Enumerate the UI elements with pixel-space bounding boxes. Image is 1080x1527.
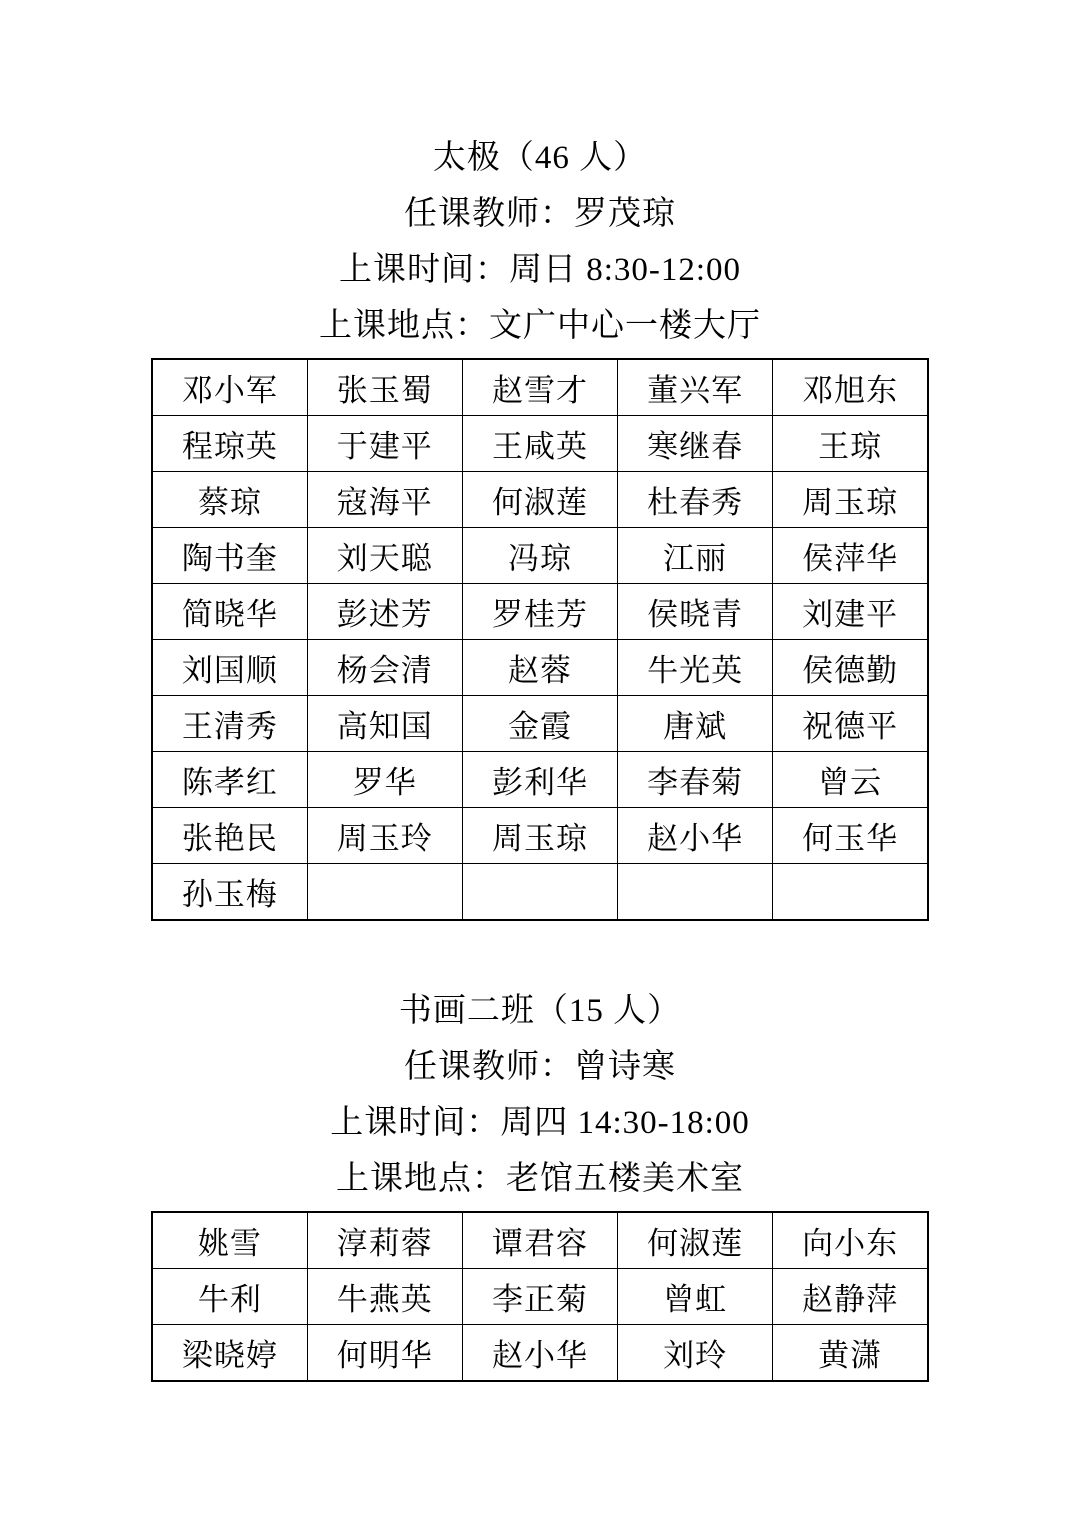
- roster-cell: 何玉华: [773, 808, 928, 864]
- roster-cell: 赵小华: [462, 1325, 617, 1382]
- table-row: 孙玉梅: [152, 864, 928, 921]
- section-title: 太极（46 人）: [0, 130, 1080, 186]
- roster-cell: 何淑莲: [462, 472, 617, 528]
- roster-cell: 何淑莲: [618, 1212, 773, 1269]
- roster-cell: 刘天聪: [307, 528, 462, 584]
- roster-cell: 罗华: [307, 752, 462, 808]
- roster-cell: 杜春秀: [618, 472, 773, 528]
- roster-cell: 彭利华: [462, 752, 617, 808]
- roster-cell: 侯晓青: [618, 584, 773, 640]
- roster-cell: [307, 864, 462, 921]
- roster-cell: 邓旭东: [773, 359, 928, 416]
- roster-cell: 何明华: [307, 1325, 462, 1382]
- roster-cell: 姚雪: [152, 1212, 307, 1269]
- roster-cell: 祝德平: [773, 696, 928, 752]
- roster-cell: 向小东: [773, 1212, 928, 1269]
- section-location: 上课地点：老馆五楼美术室: [0, 1151, 1080, 1207]
- roster-cell: 程琼英: [152, 416, 307, 472]
- roster-cell: [618, 864, 773, 921]
- section-teacher: 任课教师：罗茂琼: [0, 186, 1080, 242]
- roster-table-taiji: 邓小军张玉蜀赵雪才董兴军邓旭东程琼英于建平王咸英寒继春王琼蔡琼寇海平何淑莲杜春秀…: [151, 358, 929, 921]
- table-row: 王清秀高知国金霞唐斌祝德平: [152, 696, 928, 752]
- roster-cell: 寇海平: [307, 472, 462, 528]
- roster-cell: 邓小军: [152, 359, 307, 416]
- roster-cell: 周玉琼: [773, 472, 928, 528]
- roster-cell: 黄潇: [773, 1325, 928, 1382]
- roster-cell: 牛光英: [618, 640, 773, 696]
- roster-cell: 侯德勤: [773, 640, 928, 696]
- roster-cell: 彭述芳: [307, 584, 462, 640]
- table-row: 梁晓婷何明华赵小华刘玲黄潇: [152, 1325, 928, 1382]
- roster-table-calligraphy: 姚雪淳莉蓉谭君容何淑莲向小东牛利牛燕英李正菊曾虹赵静萍梁晓婷何明华赵小华刘玲黄潇: [151, 1211, 929, 1382]
- roster-cell: 侯萍华: [773, 528, 928, 584]
- roster-cell: 江丽: [618, 528, 773, 584]
- table-row: 程琼英于建平王咸英寒继春王琼: [152, 416, 928, 472]
- roster-cell: 唐斌: [618, 696, 773, 752]
- roster-cell: 董兴军: [618, 359, 773, 416]
- roster-cell: 陈孝红: [152, 752, 307, 808]
- roster-cell: 曾虹: [618, 1269, 773, 1325]
- section-title: 书画二班（15 人）: [0, 983, 1080, 1039]
- table-row: 蔡琼寇海平何淑莲杜春秀周玉琼: [152, 472, 928, 528]
- roster-cell: 蔡琼: [152, 472, 307, 528]
- roster-cell: 杨会清: [307, 640, 462, 696]
- roster-cell: 寒继春: [618, 416, 773, 472]
- roster-cell: 孙玉梅: [152, 864, 307, 921]
- section-time: 上课时间：周日 8:30-12:00: [0, 242, 1080, 298]
- roster-cell: 梁晓婷: [152, 1325, 307, 1382]
- roster-cell: 张艳民: [152, 808, 307, 864]
- roster-cell: 罗桂芳: [462, 584, 617, 640]
- roster-cell: 陶书奎: [152, 528, 307, 584]
- roster-cell: 简晓华: [152, 584, 307, 640]
- roster-cell: 刘建平: [773, 584, 928, 640]
- table-row: 牛利牛燕英李正菊曾虹赵静萍: [152, 1269, 928, 1325]
- table-row: 姚雪淳莉蓉谭君容何淑莲向小东: [152, 1212, 928, 1269]
- roster-cell: 赵小华: [618, 808, 773, 864]
- roster-cell: 刘国顺: [152, 640, 307, 696]
- section-teacher: 任课教师：曾诗寒: [0, 1039, 1080, 1095]
- table-row: 陈孝红罗华彭利华李春菊曾云: [152, 752, 928, 808]
- roster-cell: 王琼: [773, 416, 928, 472]
- roster-cell: 牛燕英: [307, 1269, 462, 1325]
- section-calligraphy-class-2: 书画二班（15 人） 任课教师：曾诗寒 上课时间：周四 14:30-18:00 …: [0, 983, 1080, 1382]
- section-time: 上课时间：周四 14:30-18:00: [0, 1095, 1080, 1151]
- section-taiji: 太极（46 人） 任课教师：罗茂琼 上课时间：周日 8:30-12:00 上课地…: [0, 130, 1080, 921]
- roster-cell: 王咸英: [462, 416, 617, 472]
- roster-cell: 周玉玲: [307, 808, 462, 864]
- table-row: 简晓华彭述芳罗桂芳侯晓青刘建平: [152, 584, 928, 640]
- table-row: 刘国顺杨会清赵蓉牛光英侯德勤: [152, 640, 928, 696]
- roster-cell: [462, 864, 617, 921]
- table-row: 邓小军张玉蜀赵雪才董兴军邓旭东: [152, 359, 928, 416]
- roster-cell: 赵雪才: [462, 359, 617, 416]
- roster-cell: 王清秀: [152, 696, 307, 752]
- document-page: 太极（46 人） 任课教师：罗茂琼 上课时间：周日 8:30-12:00 上课地…: [0, 0, 1080, 1527]
- roster-cell: 张玉蜀: [307, 359, 462, 416]
- roster-cell: [773, 864, 928, 921]
- roster-cell: 金霞: [462, 696, 617, 752]
- roster-cell: 赵蓉: [462, 640, 617, 696]
- roster-cell: 刘玲: [618, 1325, 773, 1382]
- roster-cell: 高知国: [307, 696, 462, 752]
- roster-cell: 周玉琼: [462, 808, 617, 864]
- table-row: 陶书奎刘天聪冯琼江丽侯萍华: [152, 528, 928, 584]
- roster-cell: 淳莉蓉: [307, 1212, 462, 1269]
- roster-cell: 于建平: [307, 416, 462, 472]
- roster-cell: 李正菊: [462, 1269, 617, 1325]
- section-location: 上课地点：文广中心一楼大厅: [0, 298, 1080, 354]
- table-row: 张艳民周玉玲周玉琼赵小华何玉华: [152, 808, 928, 864]
- roster-cell: 李春菊: [618, 752, 773, 808]
- roster-cell: 曾云: [773, 752, 928, 808]
- roster-cell: 冯琼: [462, 528, 617, 584]
- roster-cell: 谭君容: [462, 1212, 617, 1269]
- roster-cell: 赵静萍: [773, 1269, 928, 1325]
- roster-cell: 牛利: [152, 1269, 307, 1325]
